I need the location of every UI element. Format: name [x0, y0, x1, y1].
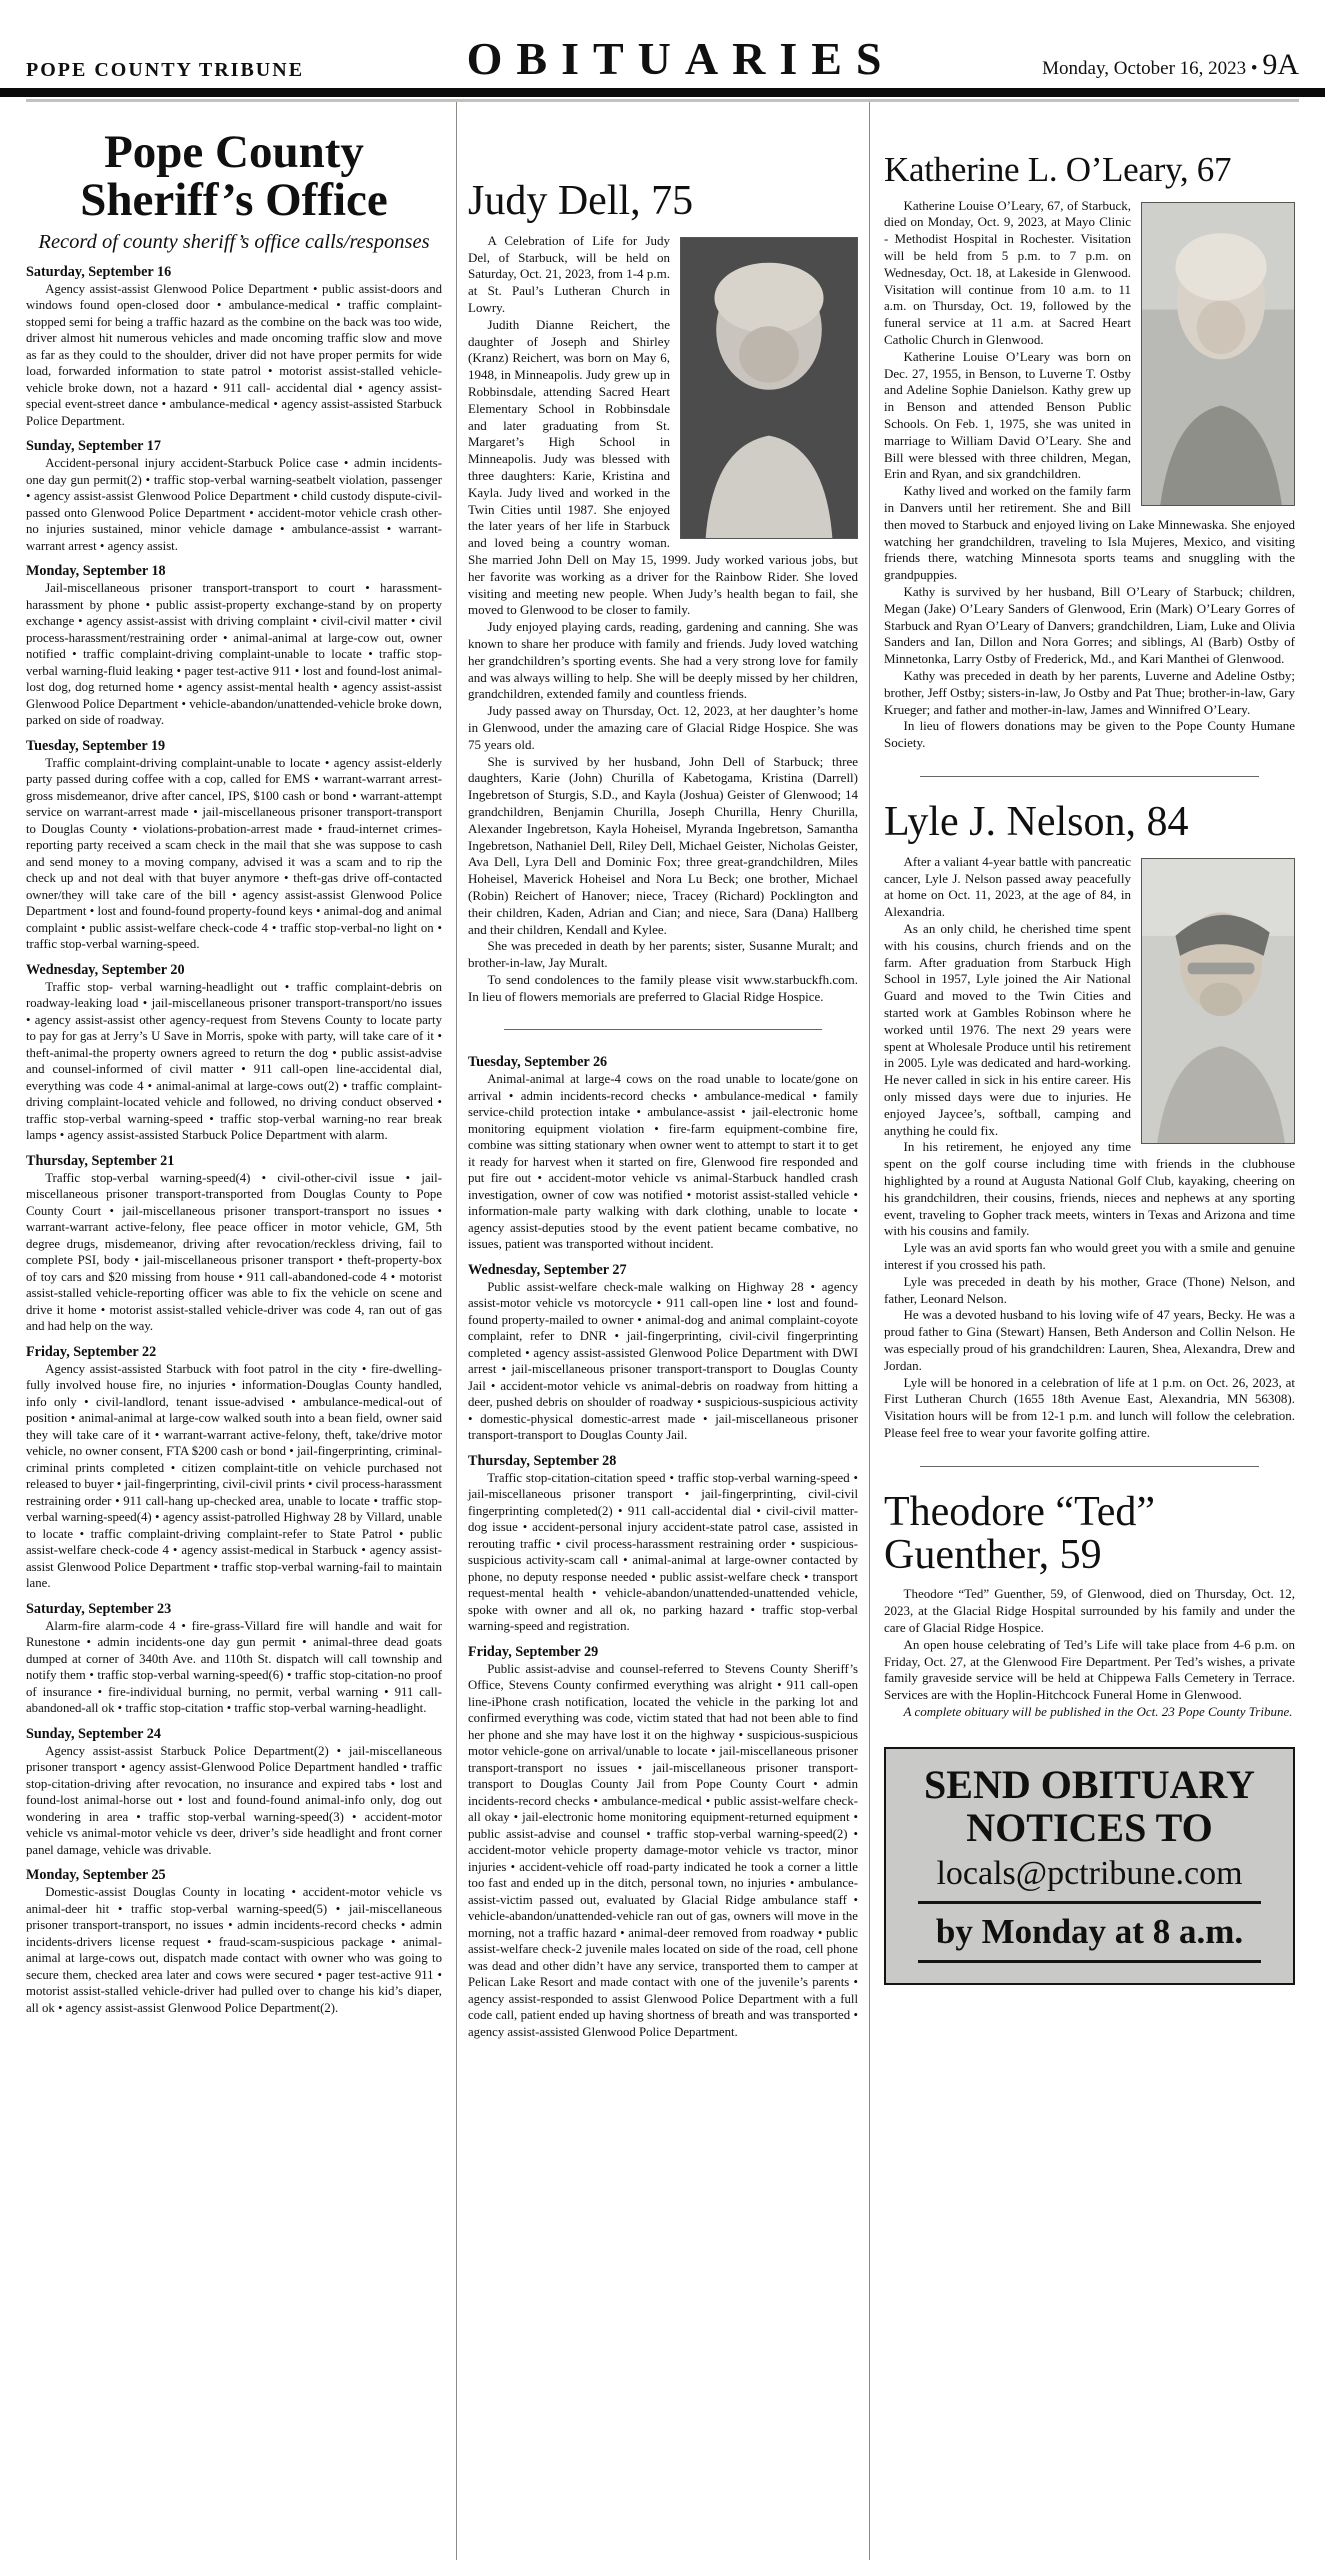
sheriff-title-line1: Pope County: [104, 126, 364, 178]
ad-divider: [918, 1960, 1261, 1963]
log-entry-text: Alarm-fire alarm-code 4 • fire-grass-Vil…: [26, 1618, 442, 1717]
log-entry-text: Agency assist-assist Glenwood Police Dep…: [26, 281, 442, 430]
obituary-paragraph: To send condolences to the family please…: [468, 972, 858, 1006]
obituary-body: After a valiant 4-year battle with pancr…: [884, 854, 1295, 1442]
obituary-title-katherine-oleary: Katherine L. O’Leary, 67: [884, 152, 1295, 188]
sheriff-log-subtitle: Record of county sheriff’s office calls/…: [26, 231, 442, 254]
ted-title-line2: Guenther, 59: [884, 1532, 1102, 1578]
ted-title-line1: Theodore “Ted”: [884, 1489, 1155, 1535]
log-day-heading: Thursday, September 28: [468, 1453, 858, 1470]
log-entry-text: Accident-personal injury accident-Starbu…: [26, 455, 442, 554]
judy-dell-photo: [680, 237, 858, 539]
obituary-notice-ad: SEND OBITUARY NOTICES TO locals@pctribun…: [884, 1747, 1295, 1985]
log-day-heading: Saturday, September 16: [26, 264, 442, 281]
log-entry-text: Animal-animal at large-4 cows on the roa…: [468, 1071, 858, 1253]
sheriff-entries: Saturday, September 16 Agency assist-ass…: [26, 264, 442, 2017]
log-entry: Wednesday, September 27 Public assist-we…: [468, 1262, 858, 1444]
masthead-rule: [0, 88, 1325, 97]
newspaper-page: POPE COUNTY TRIBUNE OBITUARIES Monday, O…: [0, 0, 1325, 2560]
ad-deadline: by Monday at 8 a.m.: [894, 1912, 1285, 1952]
log-entry-text: Agency assist-assisted Starbuck with foo…: [26, 1361, 442, 1592]
ad-headline-line2: NOTICES TO: [894, 1806, 1285, 1849]
log-entry: Saturday, September 23 Alarm-fire alarm-…: [26, 1601, 442, 1717]
log-entry: Friday, September 22 Agency assist-assis…: [26, 1344, 442, 1592]
obituary-paragraph: She is survived by her husband, John Del…: [468, 754, 858, 939]
log-day-heading: Sunday, September 17: [26, 438, 442, 455]
log-entry: Monday, September 18 Jail-miscellaneous …: [26, 563, 442, 729]
log-day-heading: Thursday, September 21: [26, 1153, 442, 1170]
log-day-heading: Sunday, September 24: [26, 1726, 442, 1743]
dateline: Monday, October 16, 2023 • 9A: [1042, 48, 1299, 82]
log-entry-text: Traffic complaint-driving complaint-unab…: [26, 755, 442, 953]
obituary-body: Katherine Louise O’Leary, 67, of Starbuc…: [884, 198, 1295, 752]
section-title: OBITUARIES: [467, 36, 896, 82]
log-day-heading: Tuesday, September 26: [468, 1054, 858, 1071]
section-divider: [504, 1029, 822, 1030]
obituary-title-ted-guenther: Theodore “Ted” Guenther, 59: [884, 1491, 1295, 1577]
log-day-heading: Monday, September 25: [26, 1867, 442, 1884]
log-entry: Monday, September 25 Domestic-assist Dou…: [26, 1867, 442, 2016]
log-entry: Sunday, September 17 Accident-personal i…: [26, 438, 442, 554]
obituary-paragraph: Lyle was an avid sports fan who would gr…: [884, 1240, 1295, 1274]
page-number: 9A: [1262, 48, 1299, 81]
obituary-title-judy-dell: Judy Dell, 75: [468, 180, 858, 223]
obituary-paragraph: Lyle will be honored in a celebration of…: [884, 1375, 1295, 1442]
obituary-paragraph: Kathy is survived by her husband, Bill O…: [884, 584, 1295, 668]
log-entry-text: Traffic stop- verbal warning-headlight o…: [26, 979, 442, 1144]
obituary-lyle-nelson: Lyle J. Nelson, 84: [884, 801, 1295, 1442]
obituary-ted-guenther: Theodore “Ted” Guenther, 59 Theodore “Te…: [884, 1491, 1295, 1721]
log-entry-text: Public assist-advise and counsel-referre…: [468, 1661, 858, 2041]
obituary-paragraph: Judy passed away on Thursday, Oct. 12, 2…: [468, 703, 858, 753]
log-entry: Thursday, September 28 Traffic stop-cita…: [468, 1453, 858, 1635]
log-entry-text: Agency assist-assist Starbuck Police Dep…: [26, 1743, 442, 1859]
portrait-illustration: [681, 238, 857, 538]
obituary-paragraph: Lyle was preceded in death by his mother…: [884, 1274, 1295, 1308]
log-day-heading: Friday, September 29: [468, 1644, 858, 1661]
sheriff-log-column: Pope County Sheriff’s Office Record of c…: [24, 102, 456, 2560]
katherine-oleary-photo: [1141, 202, 1295, 506]
log-entry-text: Traffic stop-citation-citation speed • t…: [468, 1470, 858, 1635]
log-entry-text: Traffic stop-verbal warning-speed(4) • c…: [26, 1170, 442, 1335]
log-day-heading: Wednesday, September 20: [26, 962, 442, 979]
ad-headline-line1: SEND OBITUARY: [894, 1763, 1285, 1806]
obituary-paragraph: An open house celebrating of Ted’s Life …: [884, 1637, 1295, 1704]
sheriff-log-title: Pope County Sheriff’s Office: [26, 128, 442, 225]
sheriff-entries-continued: Tuesday, September 26 Animal-animal at l…: [468, 1054, 858, 2040]
paper-name: POPE COUNTY TRIBUNE: [26, 59, 304, 82]
date-text: Monday, October 16, 2023: [1042, 58, 1246, 79]
obituary-paragraph: He was a devoted husband to his loving w…: [884, 1307, 1295, 1374]
ad-divider: [918, 1901, 1261, 1904]
log-day-heading: Wednesday, September 27: [468, 1262, 858, 1279]
obituary-body: A Celebration of Life for Judy Del, of S…: [468, 233, 858, 1006]
obituary-paragraph: In lieu of flowers donations may be give…: [884, 718, 1295, 752]
section-divider: [920, 1466, 1259, 1467]
log-entry-text: Domestic-assist Douglas County in locati…: [26, 1884, 442, 2016]
ad-email-address: locals@pctribune.com: [894, 1855, 1285, 1893]
log-entry: Friday, September 29 Public assist-advis…: [468, 1644, 858, 2041]
log-entry: Sunday, September 24 Agency assist-assis…: [26, 1726, 442, 1859]
obituary-paragraph: She was preceded in death by her parents…: [468, 938, 858, 972]
obituary-paragraph: Judy enjoyed playing cards, reading, gar…: [468, 619, 858, 703]
log-entry: Saturday, September 16 Agency assist-ass…: [26, 264, 442, 430]
log-day-heading: Friday, September 22: [26, 1344, 442, 1361]
obituary-katherine-oleary: Katherine L. O’Leary, 67: [884, 152, 1295, 752]
log-day-heading: Saturday, September 23: [26, 1601, 442, 1618]
obituary-paragraph: Kathy was preceded in death by her paren…: [884, 668, 1295, 718]
log-entry-text: Jail-miscellaneous prisoner transport-tr…: [26, 580, 442, 729]
log-entry: Thursday, September 21 Traffic stop-verb…: [26, 1153, 442, 1335]
lyle-nelson-photo: [1141, 858, 1295, 1144]
dateline-bullet: •: [1251, 58, 1258, 79]
sheriff-title-line2: Sheriff’s Office: [80, 174, 388, 226]
log-day-heading: Tuesday, September 19: [26, 738, 442, 755]
section-divider: [920, 776, 1259, 777]
log-entry: Wednesday, September 20 Traffic stop- ve…: [26, 962, 442, 1144]
log-entry: Tuesday, September 19 Traffic complaint-…: [26, 738, 442, 953]
right-column: Katherine L. O’Leary, 67: [870, 102, 1297, 2560]
obituary-judy-dell: Judy Dell, 75 A Celebration of Lif: [468, 180, 858, 1005]
log-day-heading: Monday, September 18: [26, 563, 442, 580]
middle-column: Judy Dell, 75 A Celebration of Lif: [456, 102, 870, 2560]
obituary-paragraph: In his retirement, he enjoyed any time s…: [884, 1139, 1295, 1240]
obituary-paragraph: Theodore “Ted” Guenther, 59, of Glenwood…: [884, 1586, 1295, 1636]
page-columns: Pope County Sheriff’s Office Record of c…: [0, 102, 1325, 2560]
portrait-illustration: [1142, 203, 1294, 505]
log-entry-text: Public assist-welfare check-male walking…: [468, 1279, 858, 1444]
masthead: POPE COUNTY TRIBUNE OBITUARIES Monday, O…: [0, 0, 1325, 88]
obituary-note-italic: A complete obituary will be published in…: [884, 1704, 1295, 1721]
log-entry: Tuesday, September 26 Animal-animal at l…: [468, 1054, 858, 1253]
obituary-title-lyle-nelson: Lyle J. Nelson, 84: [884, 801, 1295, 844]
portrait-illustration: [1142, 859, 1294, 1143]
